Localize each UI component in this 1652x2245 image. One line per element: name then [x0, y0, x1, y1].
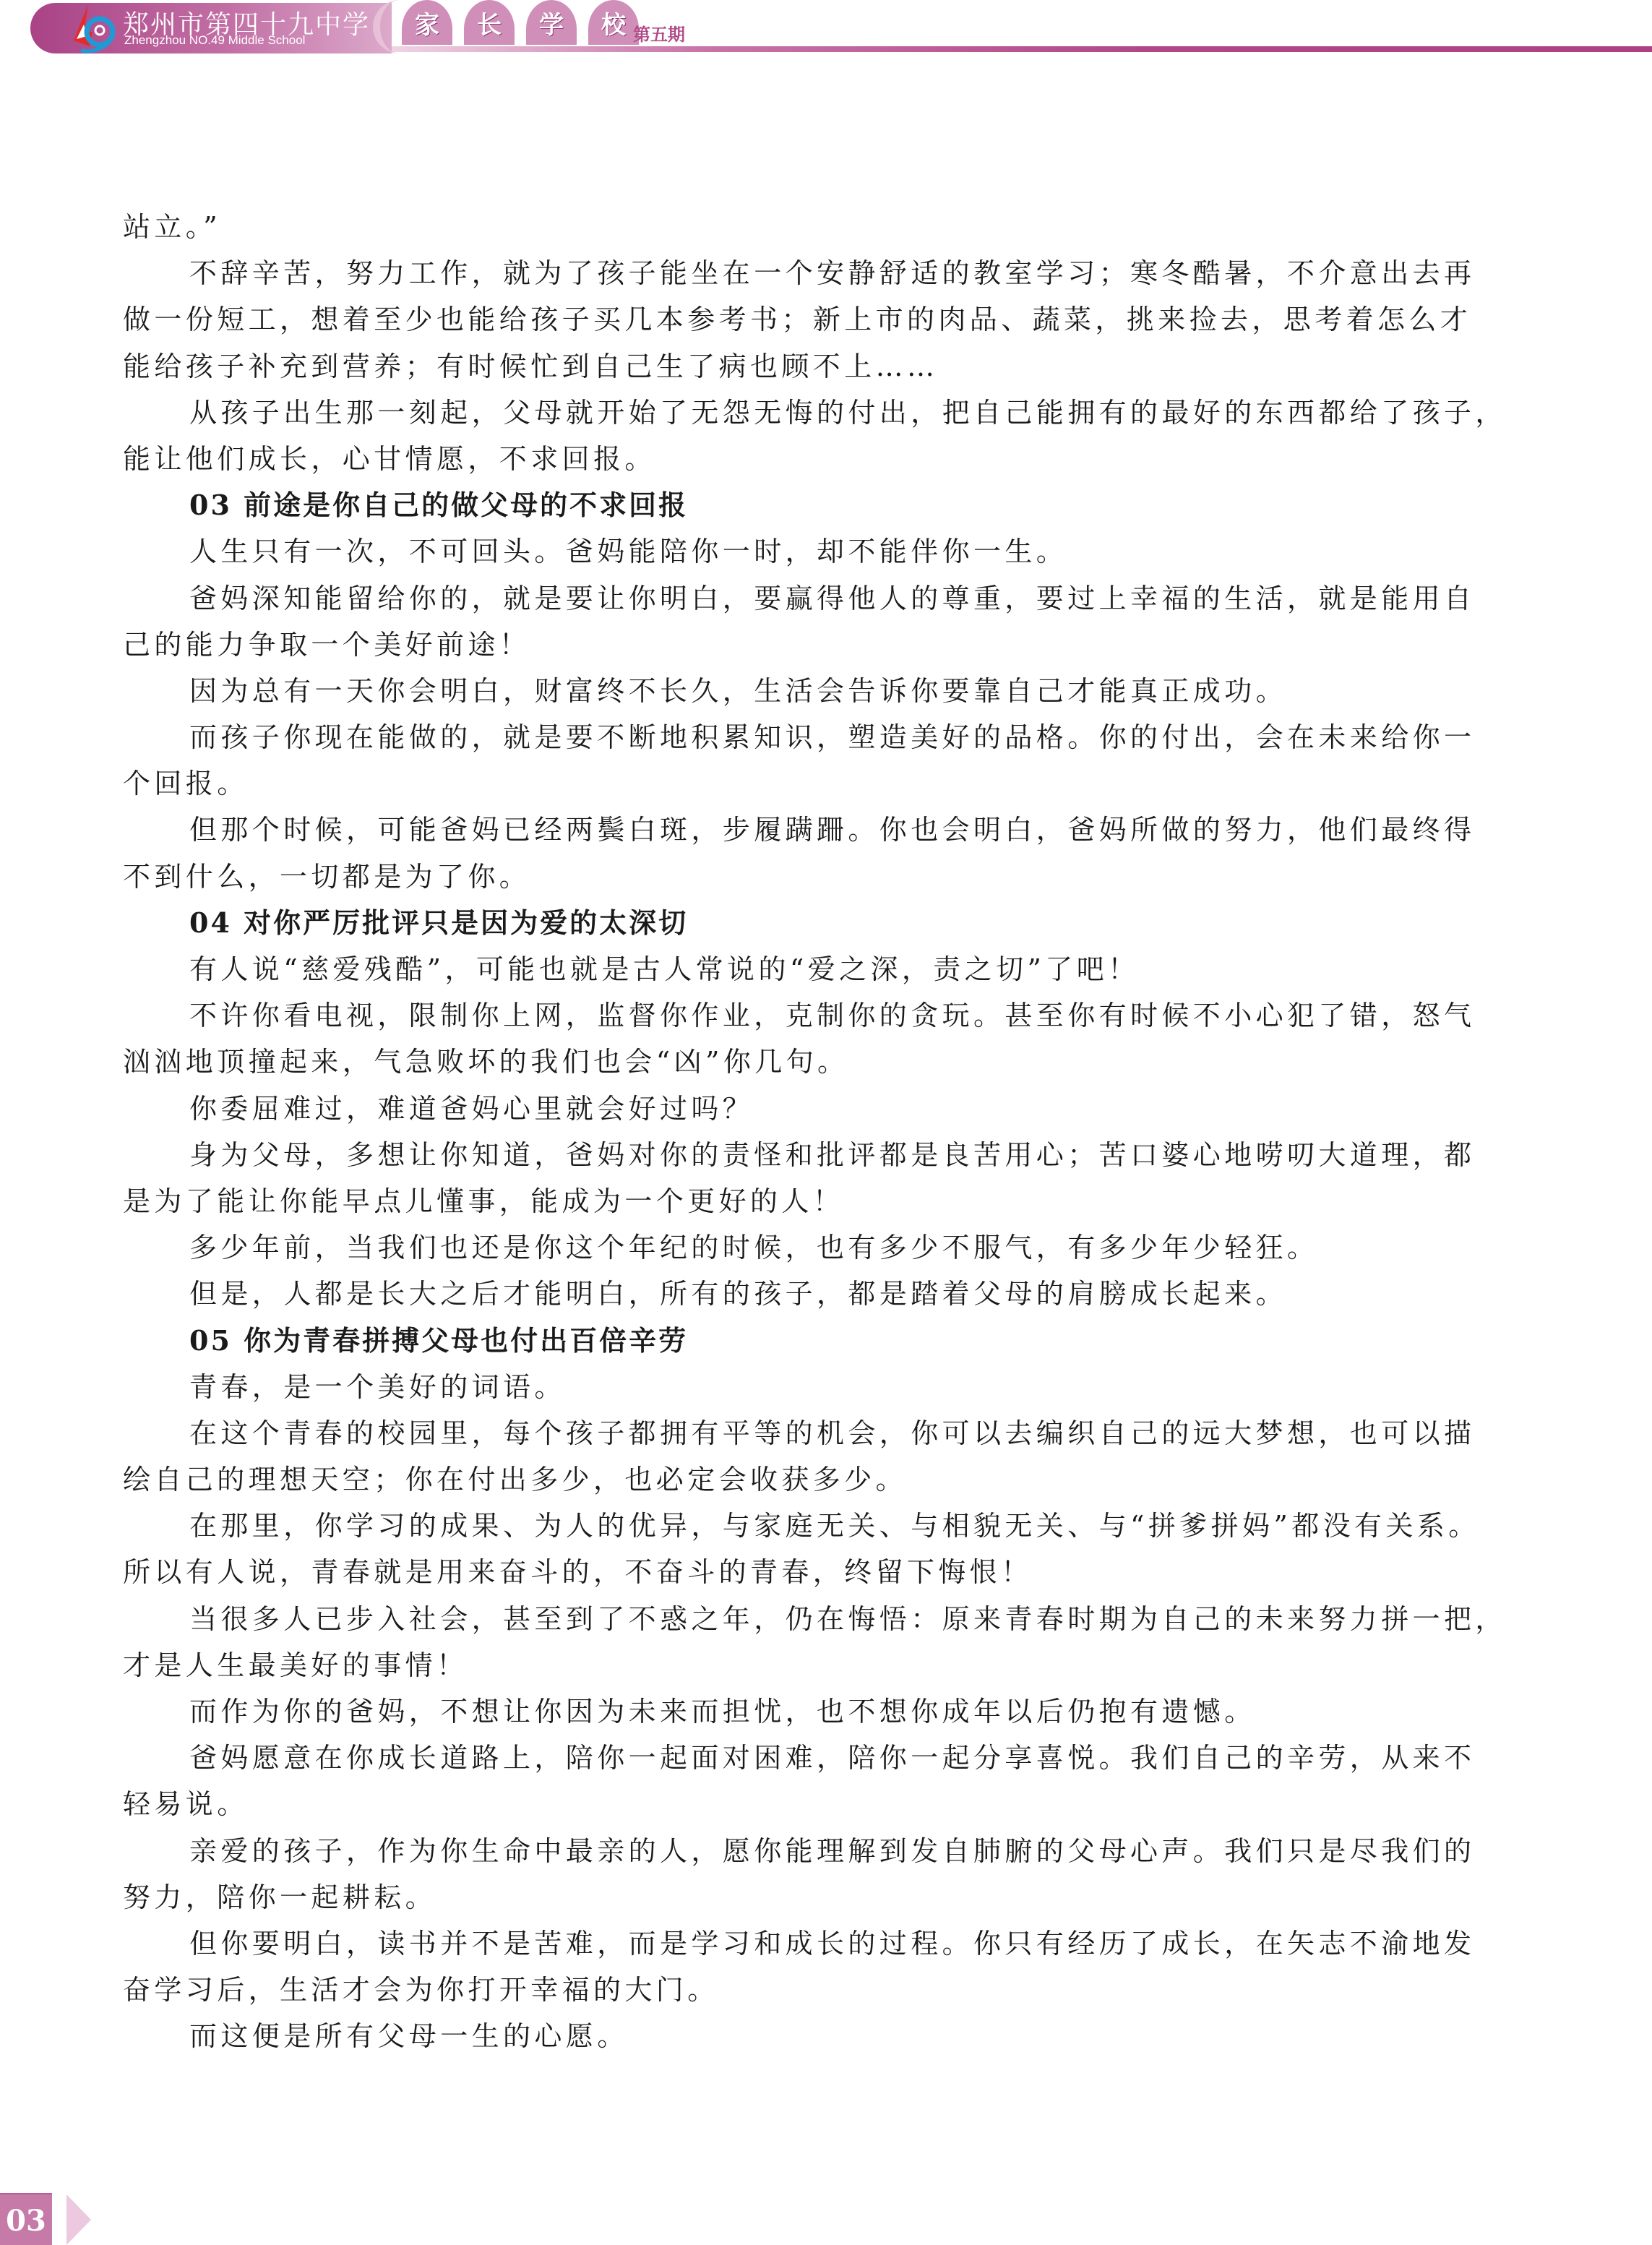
text-line: 绘自己的理想天空；你在付出多少，也必定会收获多少。 — [123, 1456, 1496, 1503]
text-line: 但是，人都是长大之后才能明白，所有的孩子，都是踏着父母的肩膀成长起来。 — [123, 1271, 1496, 1317]
text-line: 但你要明白，读书并不是苦难，而是学习和成长的过程。你只有经历了成长，在矢志不渝地… — [123, 1920, 1496, 1967]
text-line: 亲爱的孩子，作为你生命中最亲的人，愿你能理解到发自肺腑的父母心声。我们只是尽我们… — [123, 1828, 1496, 1874]
text-line: 而作为你的爸妈，不想让你因为未来而担忧，也不想你成年以后仍抱有遗憾。 — [123, 1688, 1496, 1735]
header-rule — [383, 46, 1652, 52]
column-title: 家 长 学 校 — [402, 0, 639, 45]
text-line: 奋学习后，生活才会为你打开幸福的大门。 — [123, 1967, 1496, 2013]
text-line: 从孩子出生那一刻起，父母就开始了无怨无悔的付出，把自己能拥有的最好的东西都给了孩… — [123, 390, 1496, 436]
school-49-logo-icon — [66, 3, 117, 53]
text-line: 而孩子你现在能做的，就是要不断地积累知识，塑造美好的品格。你的付出，会在未来给你… — [123, 714, 1496, 760]
text-line: 身为父母，多想让你知道，爸妈对你的责怪和批评都是良苦用心；苦口婆心地唠叨大道理，… — [123, 1132, 1496, 1178]
text-line: 轻易说。 — [123, 1781, 1496, 1827]
text-line: 站立。” — [123, 204, 1496, 250]
text-line: 在那里，你学习的成果、为人的优异，与家庭无关、与相貌无关、与“拼爹拼妈”都没有关… — [123, 1503, 1496, 1549]
text-line: 多少年前，当我们也还是你这个年纪的时候，也有多少不服气，有多少年少轻狂。 — [123, 1224, 1496, 1271]
text-line: 才是人生最美好的事情！ — [123, 1642, 1496, 1688]
page-header: 郑州市第四十九中学 Zhengzhou NO.49 Middle School … — [0, 0, 1652, 58]
text-line: 在这个青春的校园里，每个孩子都拥有平等的机会，你可以去编织自己的远大梦想，也可以… — [123, 1410, 1496, 1456]
text-line: 能让他们成长，心甘情愿，不求回报。 — [123, 436, 1496, 482]
text-line: 所以有人说，青春就是用来奋斗的，不奋斗的青春，终留下悔恨！ — [123, 1549, 1496, 1595]
column-char-4: 校 — [588, 0, 639, 45]
text-line: 做一份短工，想着至少也能给孩子买几本参考书；新上市的肉品、蔬菜，挑来捡去，思考着… — [123, 296, 1496, 343]
text-line: 青春，是一个美好的词语。 — [123, 1364, 1496, 1410]
text-line: 你委屈难过，难道爸妈心里就会好过吗？ — [123, 1086, 1496, 1132]
page-number: 03 — [0, 2193, 52, 2245]
text-line: 己的能力争取一个美好前途！ — [123, 622, 1496, 668]
column-char-1: 家 — [402, 0, 452, 45]
text-line: 是为了能让你能早点儿懂事，能成为一个更好的人！ — [123, 1178, 1496, 1224]
section-heading: 04 对你严厉批评只是因为爱的太深切 — [123, 900, 1496, 946]
text-line: 爸妈深知能留给你的，就是要让你明白，要赢得他人的尊重，要过上幸福的生活，就是能用… — [123, 575, 1496, 622]
column-char-2: 长 — [464, 0, 515, 45]
text-line: 个回报。 — [123, 760, 1496, 807]
page-arrow-icon — [66, 2194, 91, 2245]
text-line: 不辞辛苦，努力工作，就为了孩子能坐在一个安静舒适的教室学习；寒冬酷暑，不介意出去… — [123, 250, 1496, 296]
article-body: 站立。”不辞辛苦，努力工作，就为了孩子能坐在一个安静舒适的教室学习；寒冬酷暑，不… — [123, 204, 1496, 2060]
text-line: 汹汹地顶撞起来，气急败坏的我们也会“凶”你几句。 — [123, 1039, 1496, 1085]
issue-label: 第五期 — [633, 20, 685, 46]
text-line: 不到什么，一切都是为了你。 — [123, 854, 1496, 900]
section-heading: 03 前途是你自己的做父母的不求回报 — [123, 482, 1496, 528]
text-line: 而这便是所有父母一生的心愿。 — [123, 2013, 1496, 2059]
text-line: 但那个时候，可能爸妈已经两鬓白斑，步履蹒跚。你也会明白，爸妈所做的努力，他们最终… — [123, 807, 1496, 853]
text-line: 有人说“慈爱残酷”，可能也就是古人常说的“爱之深，责之切”了吧！ — [123, 946, 1496, 992]
text-line: 不许你看电视，限制你上网，监督你作业，克制你的贪玩。甚至你有时候不小心犯了错，怒… — [123, 992, 1496, 1039]
text-line: 努力，陪你一起耕耘。 — [123, 1874, 1496, 1920]
text-line: 爸妈愿意在你成长道路上，陪你一起面对困难，陪你一起分享喜悦。我们自己的辛劳，从来… — [123, 1735, 1496, 1781]
text-line: 人生只有一次，不可回头。爸妈能陪你一时，却不能伴你一生。 — [123, 528, 1496, 575]
column-char-3: 学 — [526, 0, 577, 45]
text-line: 因为总有一天你会明白，财富终不长久，生活会告诉你要靠自己才能真正成功。 — [123, 668, 1496, 714]
text-line: 当很多人已步入社会，甚至到了不惑之年，仍在悔悟：原来青春时期为自己的未来努力拼一… — [123, 1596, 1496, 1642]
section-heading: 05 你为青春拼搏父母也付出百倍辛劳 — [123, 1318, 1496, 1364]
text-line: 能给孩子补充到营养；有时候忙到自己生了病也顾不上…… — [123, 343, 1496, 390]
school-name-en: Zhengzhou NO.49 Middle School — [124, 33, 305, 48]
